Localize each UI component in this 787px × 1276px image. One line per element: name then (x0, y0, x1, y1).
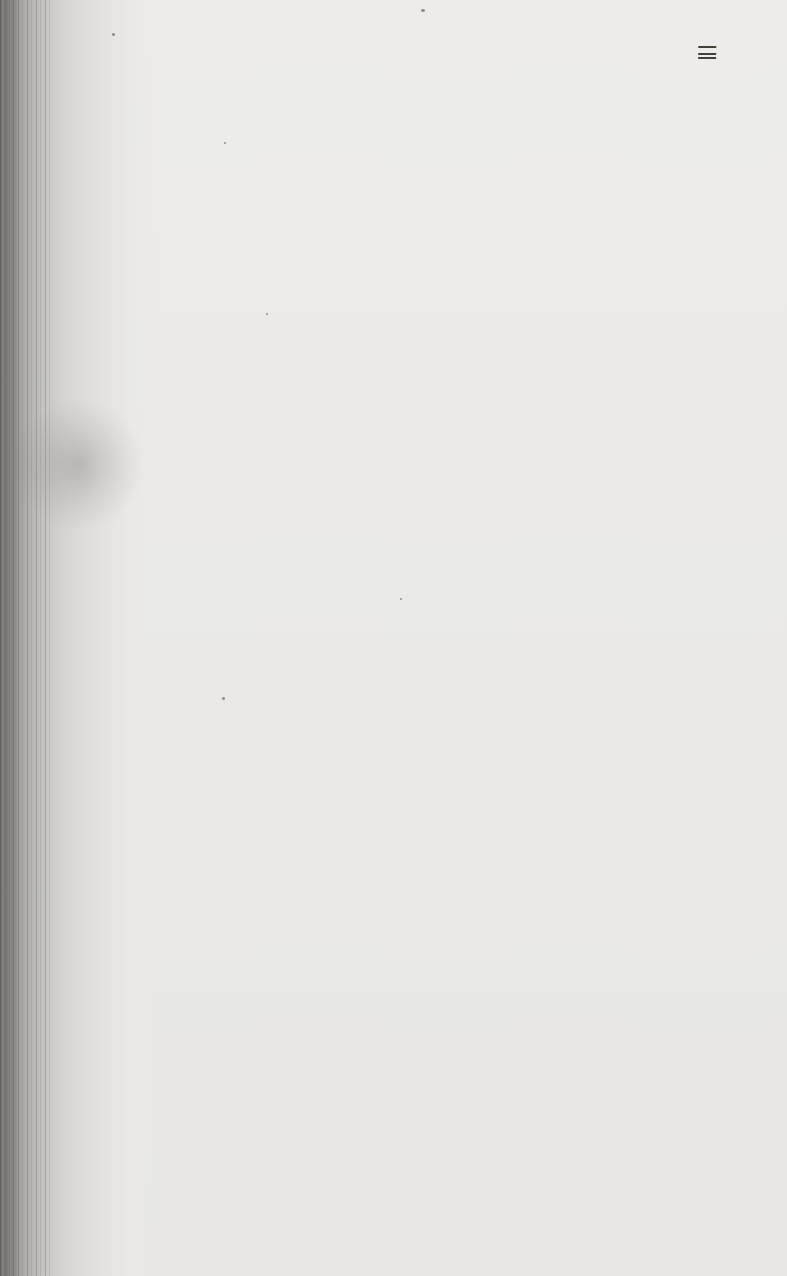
paper-speck (224, 142, 226, 144)
paper-speck (400, 598, 402, 600)
book-binding-shadow (0, 0, 160, 1276)
paper-speck (112, 33, 115, 36)
signature-line (199, 79, 755, 102)
binding-streaks (0, 0, 52, 1276)
paper-speck (266, 313, 268, 315)
paper-smudge (14, 400, 144, 530)
bills-total-amount (698, 46, 716, 59)
page-content (199, 0, 757, 115)
paper-speck (222, 697, 225, 700)
scanned-page (0, 0, 787, 1276)
bills-total-row (200, 46, 756, 59)
